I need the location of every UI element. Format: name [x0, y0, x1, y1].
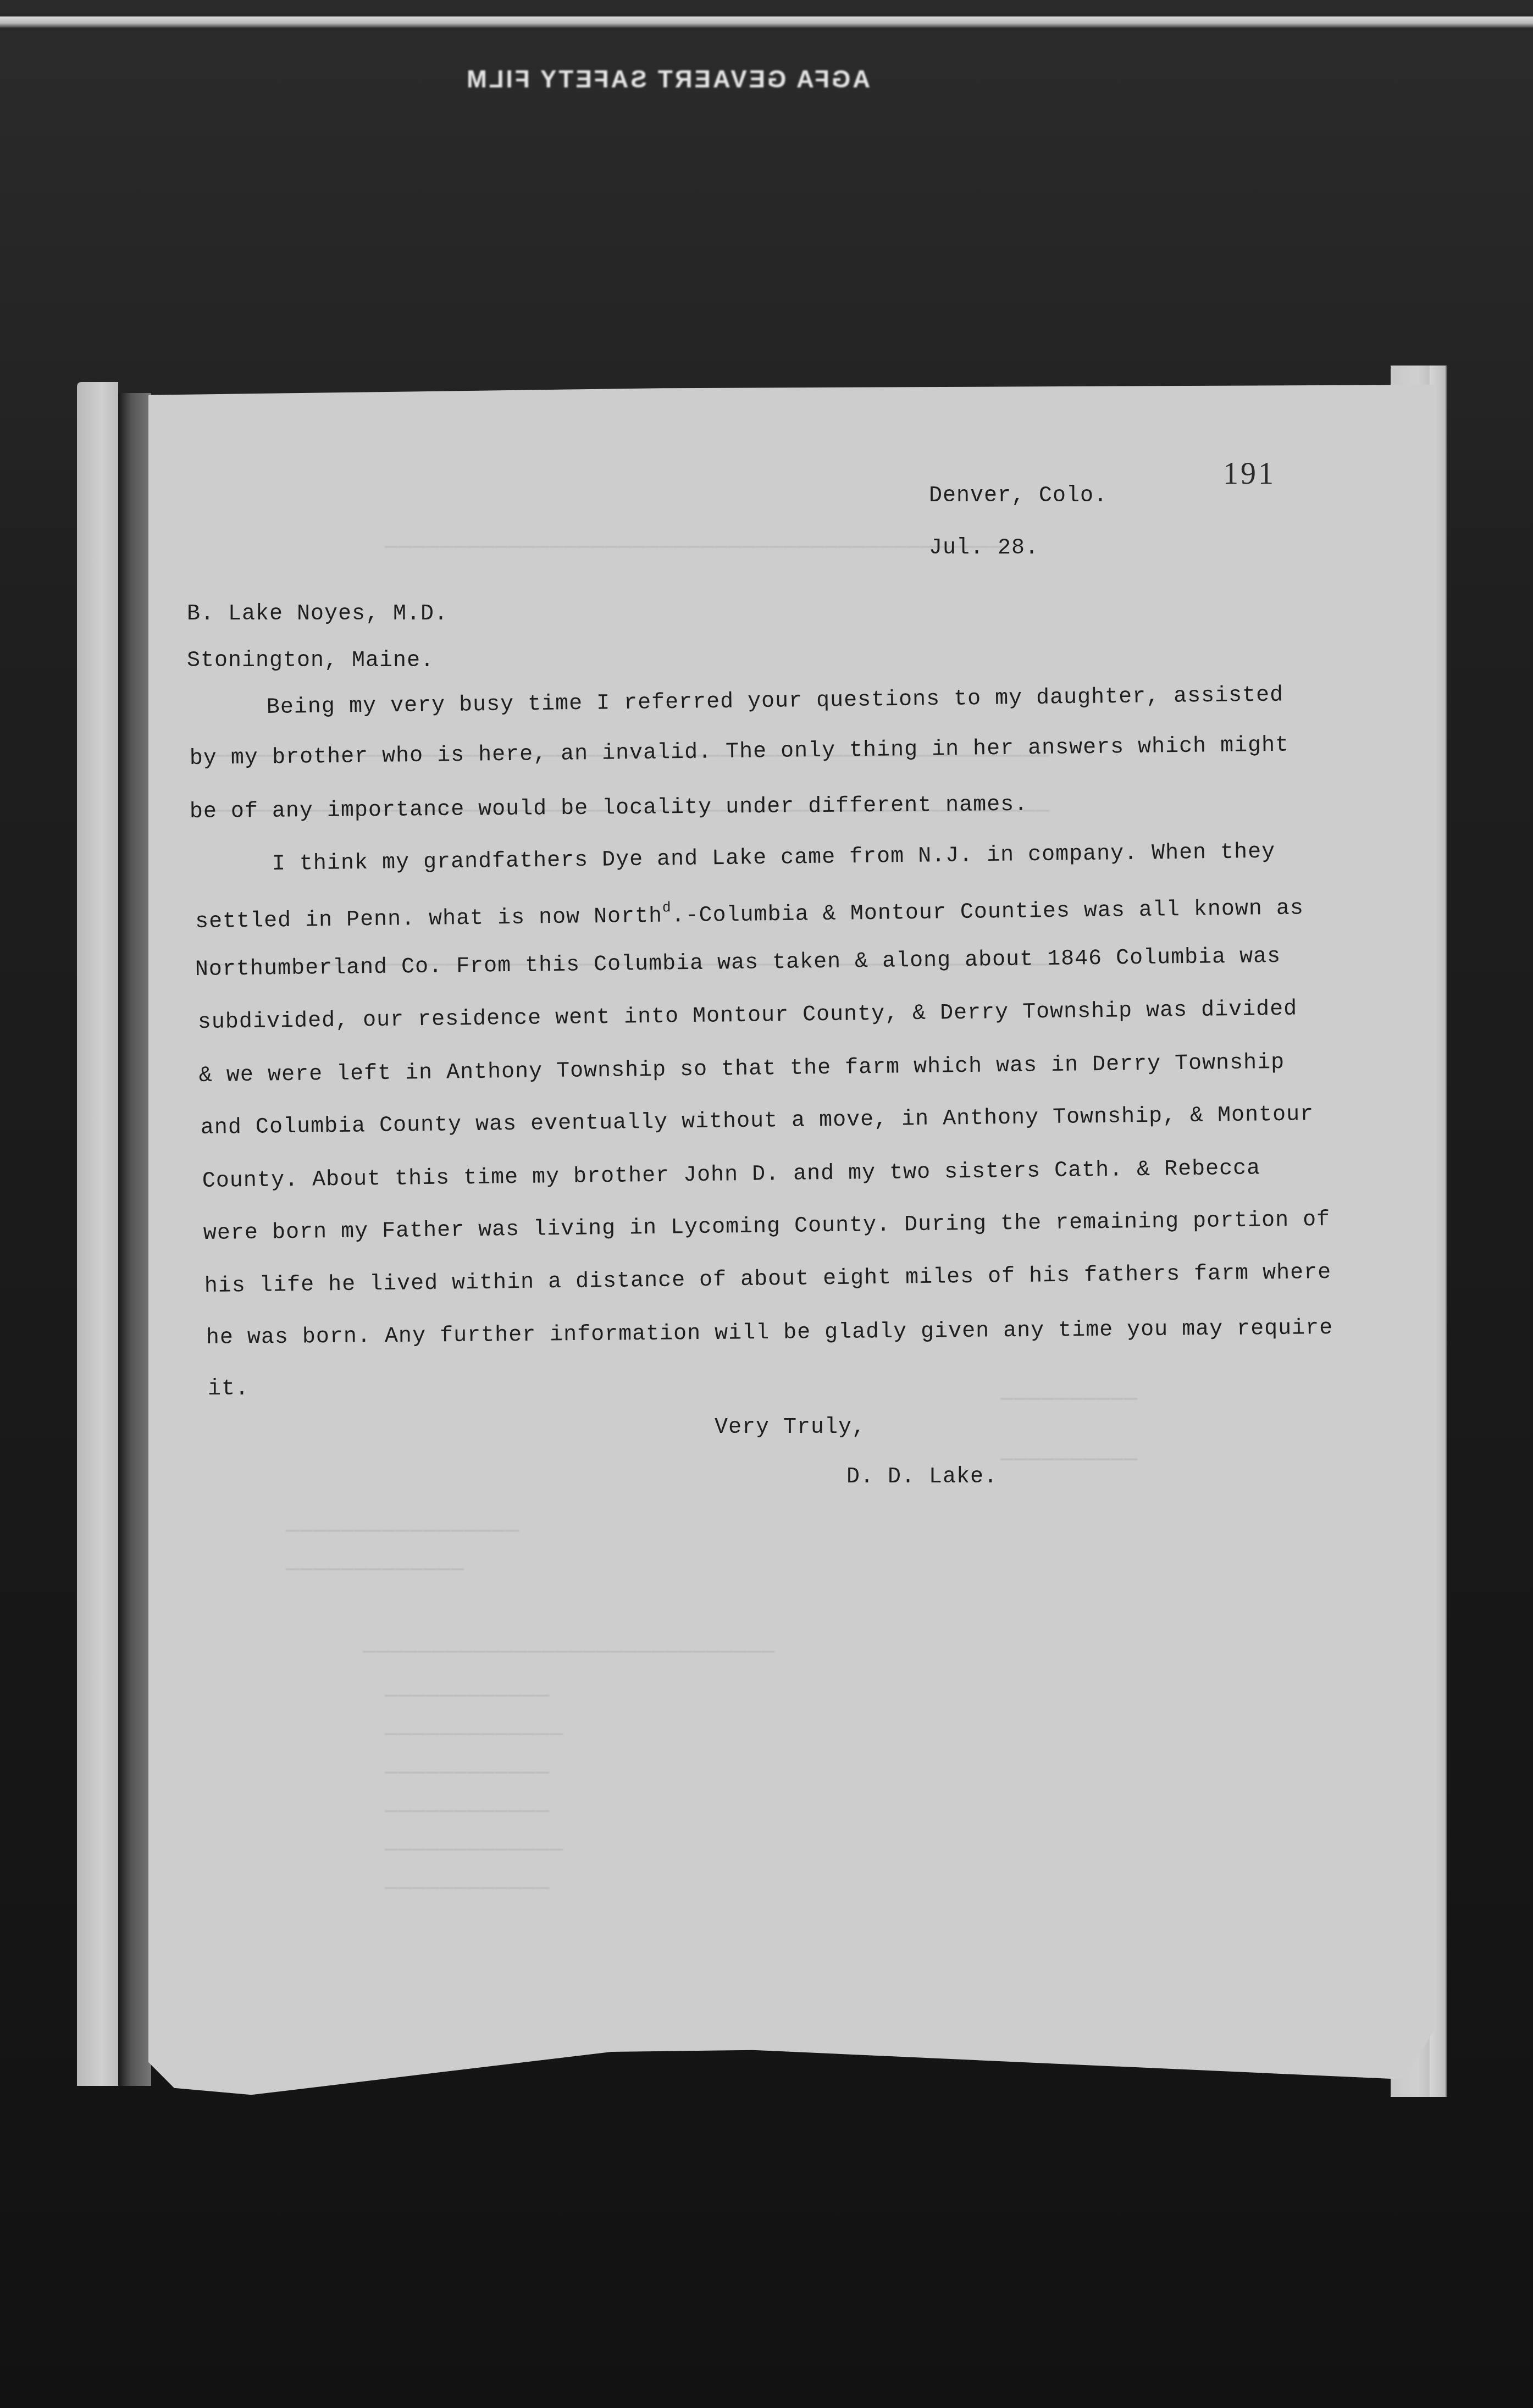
- bleed-through-line: _____________: [286, 1550, 464, 1575]
- bleed-through-line: ____________: [385, 1792, 550, 1817]
- letter-date: Jul. 28.: [929, 536, 1039, 561]
- film-edge-strip: [0, 16, 1533, 27]
- bleed-through-line: _________________: [286, 1512, 519, 1536]
- recipient-location: Stonington, Maine.: [187, 649, 434, 673]
- letter-signature: D. D. Lake.: [846, 1465, 998, 1490]
- bleed-through-line: ______________________________: [363, 1632, 775, 1657]
- film-top-band: [0, 0, 1533, 16]
- page-number: 191: [1223, 456, 1276, 491]
- bleed-through-line: ____________: [385, 1676, 550, 1701]
- left-facing-page: [77, 382, 118, 2086]
- letter-closing: Very Truly,: [715, 1415, 866, 1440]
- body-line: it.: [208, 1377, 249, 1402]
- bleed-through-line: __________: [1000, 1440, 1138, 1465]
- bleed-through-line: _____________: [385, 1715, 563, 1740]
- superscript-d: d: [662, 899, 672, 916]
- letter-place: Denver, Colo.: [929, 484, 1108, 508]
- bleed-through-line: __________: [1000, 1380, 1138, 1404]
- bleed-through-line: ____________: [385, 1869, 550, 1894]
- recipient-name: B. Lake Noyes, M.D.: [187, 602, 448, 627]
- bleed-through-line: ________________________________________…: [385, 528, 1003, 552]
- book-gutter-shadow: [118, 393, 151, 2086]
- bleed-through-line: ____________: [385, 1753, 550, 1778]
- film-edge-text: AGFA GEVAERT SAFETY FILM: [464, 66, 870, 93]
- letter-page: [148, 385, 1435, 2105]
- bleed-through-line: _____________: [385, 1830, 563, 1855]
